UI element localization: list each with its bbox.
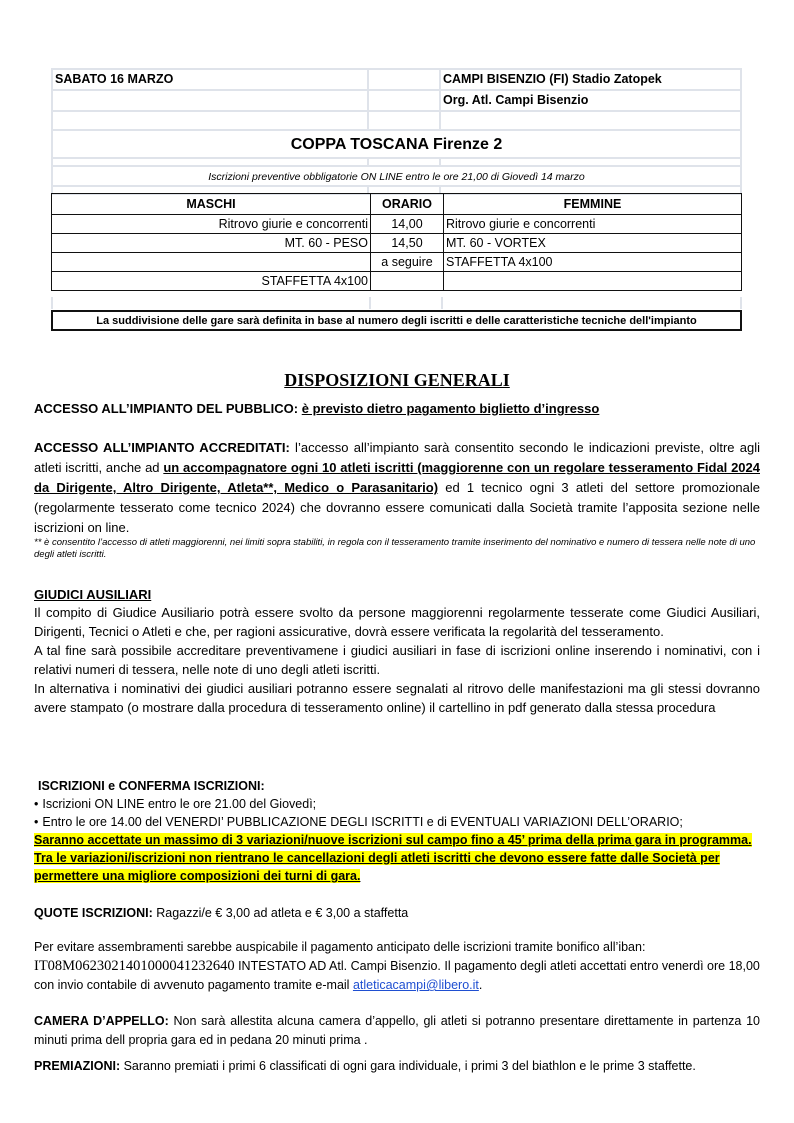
column-maschi: MASCHI [52,194,371,215]
highlight-note: Tra le variazioni/iscrizioni non rientra… [34,851,720,883]
schedule-footer-note: La suddivisione delle gare sarà definita… [51,310,742,331]
header-table: SABATO 16 MARZO CAMPI BISENZIO (FI) Stad… [51,68,742,195]
section-title: DISPOSIZIONI GENERALI [0,370,794,391]
schedule-table: MASCHI ORARIO FEMMINE Ritrovo giurie e c… [51,193,742,291]
event-venue: CAMPI BISENZIO (FI) Stadio Zatopek [441,70,742,89]
table-row: Ritrovo giurie e concorrenti 14,00 Ritro… [52,215,742,234]
pagamento: Per evitare assembramenti sarebbe auspic… [34,938,760,995]
camera-appello: CAMERA D’APPELLO: Non sarà allestita alc… [34,1012,760,1050]
highlight-note: Saranno accettate un massimo di 3 variaz… [34,833,752,847]
accesso-pubblico: ACCESSO ALL’IMPIANTO DEL PUBBLICO: è pre… [34,399,760,419]
table-row: STAFFETTA 4x100 [52,272,742,291]
giudici-text: Il compito di Giudice Ausiliario potrà e… [34,603,760,717]
accesso-accreditati: ACCESSO ALL’IMPIANTO ACCREDITATI: l’acce… [34,438,760,538]
iban: IT08M0623021401000041232640 [34,958,235,974]
event-organizer: Org. Atl. Campi Bisenzio [441,91,742,110]
column-orario: ORARIO [371,194,444,215]
event-date: SABATO 16 MARZO [51,70,369,89]
iscrizioni-section: ISCRIZIONI e CONFERMA ISCRIZIONI: Iscriz… [34,777,760,885]
giudici-title: GIUDICI AUSILIARI [34,585,760,605]
quote-iscrizioni: QUOTE ISCRIZIONI: Ragazzi/e € 3,00 ad at… [34,903,760,923]
table-row: MT. 60 - PESO 14,50 MT. 60 - VORTEX [52,234,742,253]
registration-note: Iscrizioni preventive obbligatorie ON LI… [208,171,584,183]
email-link[interactable]: atleticacampi@libero.it [353,978,479,992]
column-femmine: FEMMINE [444,194,742,215]
premiazioni: PREMIAZIONI: Saranno premiati i primi 6 … [34,1056,760,1076]
event-title: COPPA TOSCANA Firenze 2 [291,136,503,154]
schedule-header-row: MASCHI ORARIO FEMMINE [52,194,742,215]
table-row: a seguire STAFFETTA 4x100 [52,253,742,272]
accreditati-footnote: ** è consentito l’accesso di atleti magg… [34,537,760,561]
